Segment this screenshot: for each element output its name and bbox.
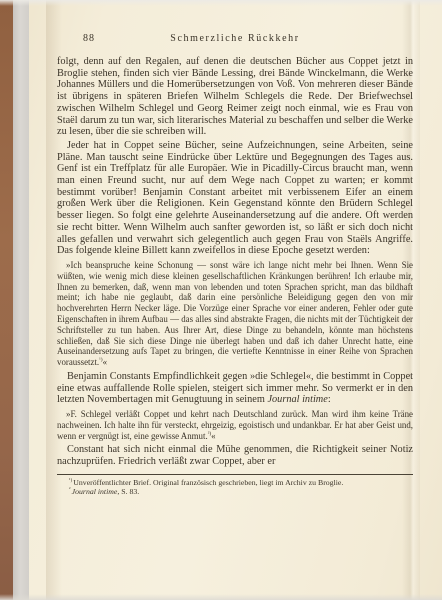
footnote-2-journal-title: Journal intime xyxy=(72,487,118,496)
quote-text: »Ich beanspruche keine Schonung — sonst … xyxy=(57,260,413,367)
paragraph-coppet-life: Jeder hat in Coppet seine Bücher, seine … xyxy=(57,140,413,257)
footnote-2: ² Journal intime, S. 83. xyxy=(57,487,413,496)
book-page-scan: 88 Schmerzliche Rückkehr folgt, denn auf… xyxy=(0,0,442,600)
quote-close-mark: « xyxy=(103,357,107,367)
paragraph-text-end: : xyxy=(328,394,331,405)
text-column: 88 Schmerzliche Rückkehr folgt, denn auf… xyxy=(57,33,413,497)
journal-intime-title: Journal intime xyxy=(267,394,327,405)
blockquote-billett: »Ich beanspruche keine Schonung — sonst … xyxy=(57,260,413,368)
scan-top-edge xyxy=(0,0,442,6)
footnote-1-text: Unveröffentlichter Brief. Original franz… xyxy=(73,478,343,487)
footnote-2-text: , S. 83. xyxy=(117,487,139,496)
paragraph-continuation: folgt, denn auf den Regalen, auf denen d… xyxy=(57,56,413,138)
blockquote-journal-intime: »F. Schlegel verläßt Coppet und kehrt na… xyxy=(57,409,413,441)
book-cover-edge xyxy=(0,0,13,600)
page-header: 88 Schmerzliche Rückkehr xyxy=(57,33,413,47)
page-stack-edge-gray xyxy=(13,0,29,600)
paragraph-final: Constant hat sich nicht einmal die Mühe … xyxy=(57,444,413,467)
scan-bottom-edge xyxy=(0,594,442,600)
paragraph-constant: Benjamin Constants Empfindlichkeit gegen… xyxy=(57,371,413,406)
paragraph-text: Benjamin Constants Empfindlichkeit gegen… xyxy=(57,371,413,405)
quote-text: »F. Schlegel verläßt Coppet und kehrt na… xyxy=(57,409,413,441)
page-number: 88 xyxy=(83,33,95,44)
footnote-block: ¹) Unveröffentlichter Brief. Original fr… xyxy=(57,474,413,497)
quote-close-mark: « xyxy=(211,431,215,441)
running-title: Schmerzliche Rückkehr xyxy=(57,33,413,44)
footnote-1: ¹) Unveröffentlichter Brief. Original fr… xyxy=(57,478,413,487)
